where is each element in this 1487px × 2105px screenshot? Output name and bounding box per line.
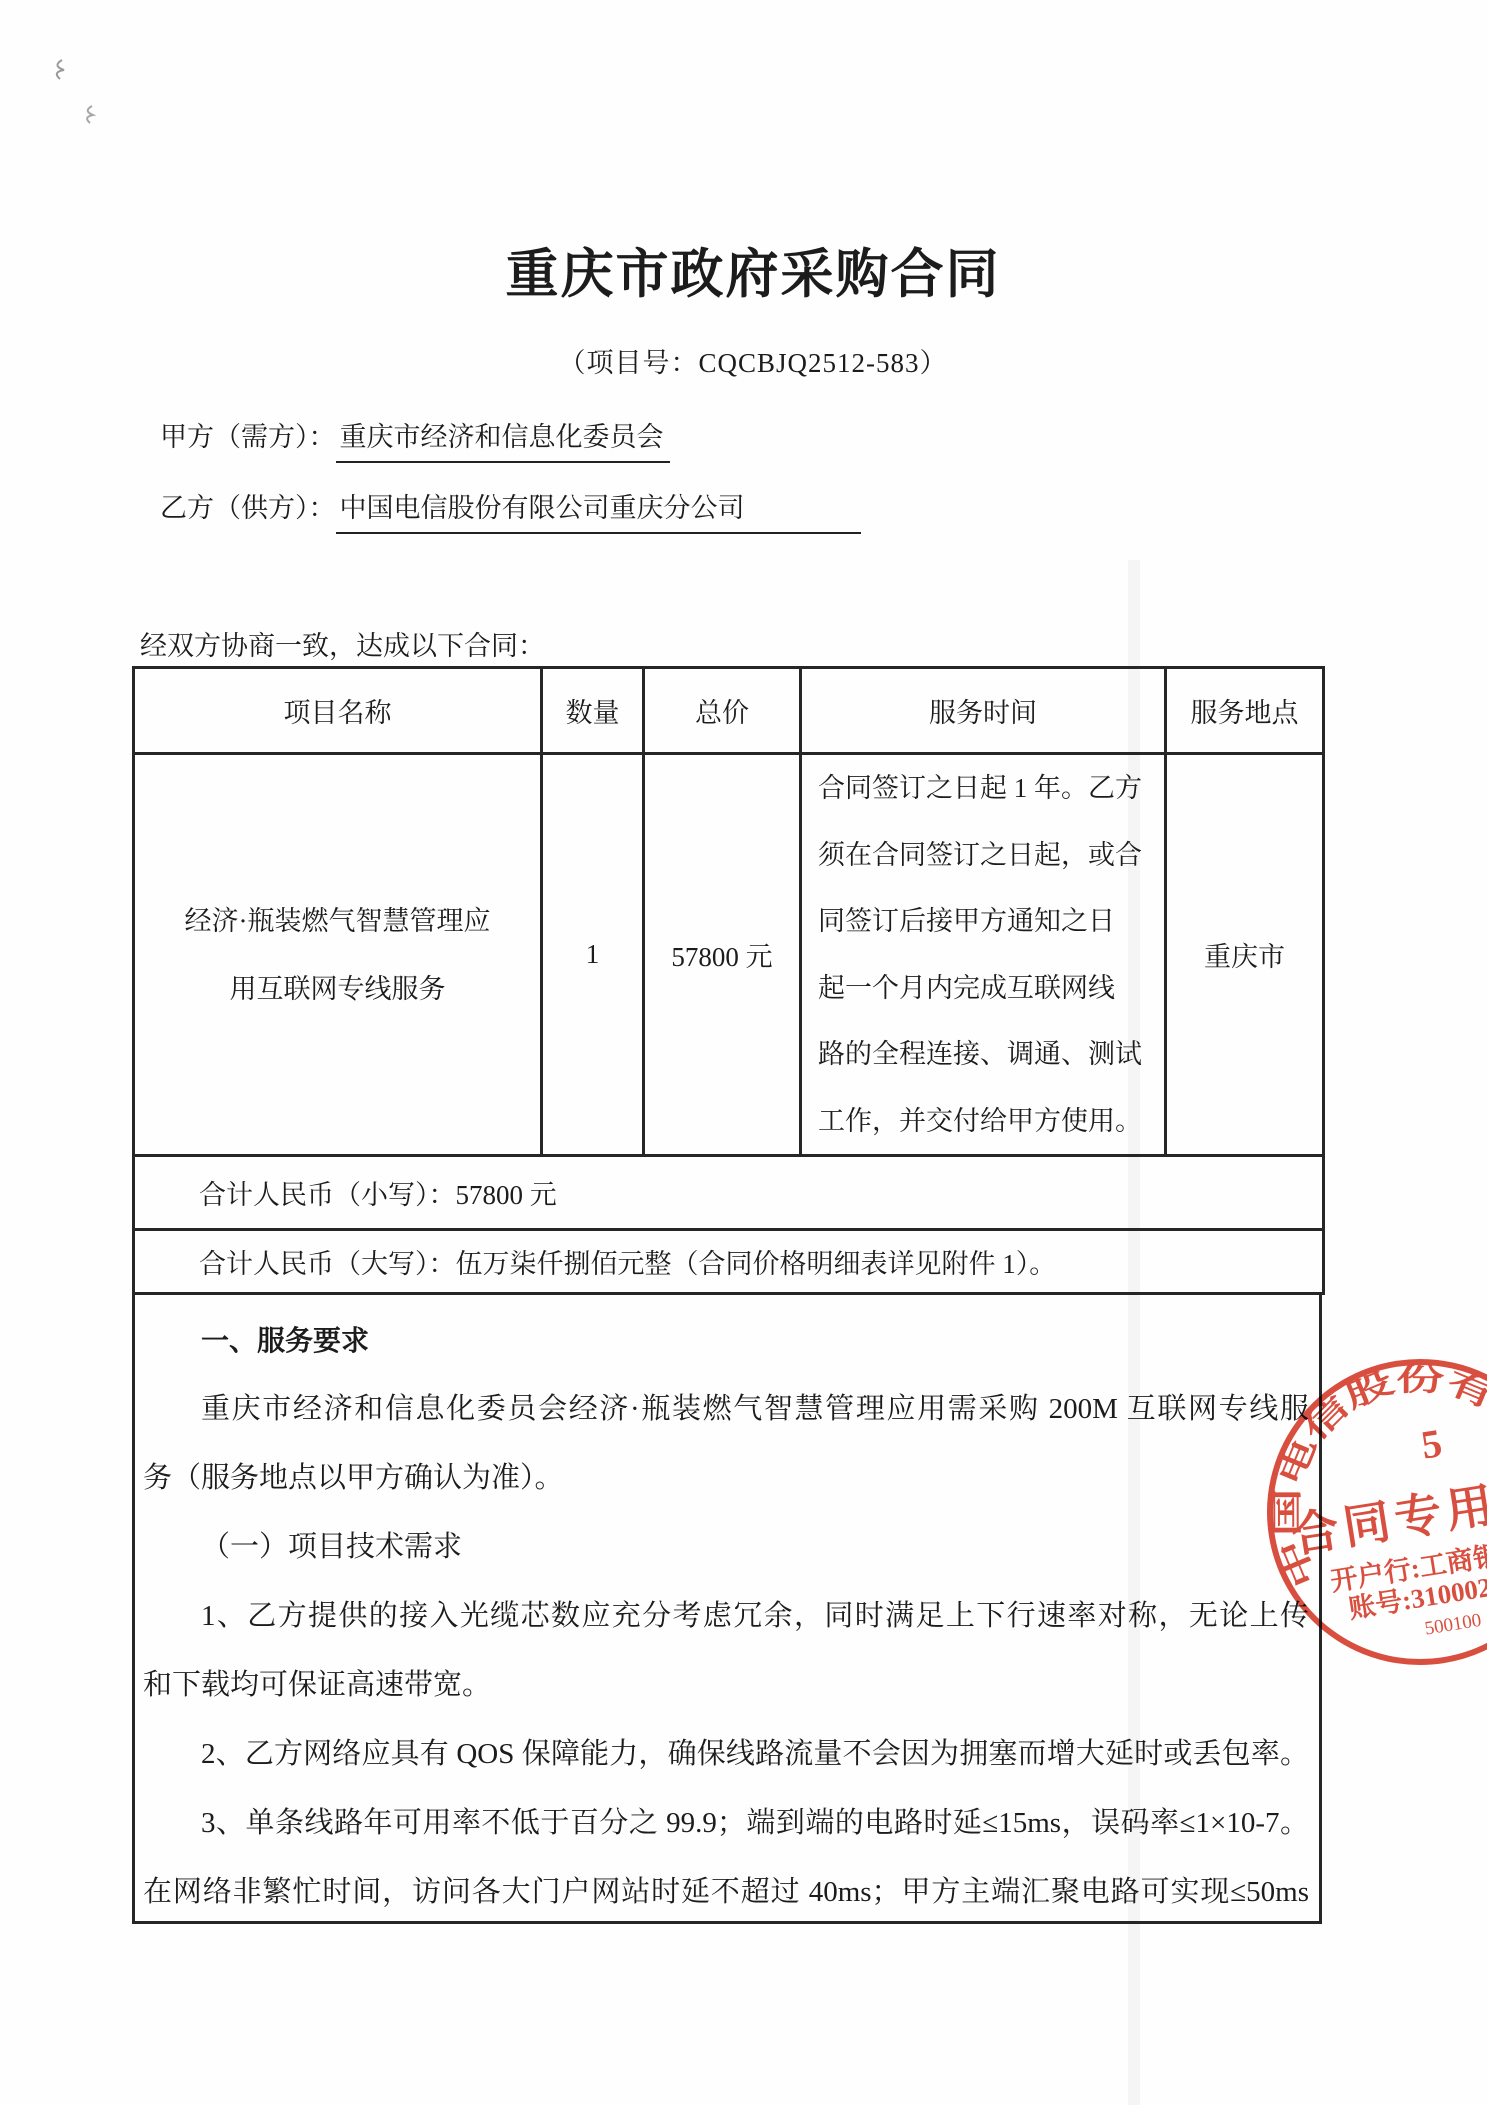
section-line: 1、乙方提供的接入光缆芯数应充分考虑冗余，同时满足上下行速率对称，无论上传 [143, 1582, 1309, 1651]
cell-item-name: 经济·瓶装燃气智慧管理应 用互联网专线服务 [134, 754, 542, 1156]
col-header-service-time: 服务时间 [801, 668, 1166, 754]
section-line: 重庆市经济和信息化委员会经济·瓶装燃气智慧管理应用需采购 200M 互联网专线服 [143, 1375, 1309, 1444]
col-header-quantity: 数量 [542, 668, 644, 754]
party-b-line: 乙方（供方）：中国电信股份有限公司重庆分公司 [160, 488, 861, 534]
section-line: 2、乙方网络应具有 QOS 保障能力，确保线路流量不会因为拥塞而增大延时或丢包率… [143, 1720, 1309, 1789]
service-requirements-section: 一、服务要求 重庆市经济和信息化委员会经济·瓶装燃气智慧管理应用需采购 200M… [132, 1292, 1322, 1924]
seal-graphic: 中国电信股份有限公司 5 合同专用章 开户行:工商银行 账号:31000245 … [1258, 1350, 1487, 1674]
party-b-value: 中国电信股份有限公司重庆分公司 [336, 488, 861, 534]
total-amount-numeric: 合计人民币（小写）：57800 元 [134, 1156, 1324, 1230]
col-header-service-location: 服务地点 [1166, 668, 1324, 754]
company-seal-stamp: 中国电信股份有限公司 5 合同专用章 开户行:工商银行 账号:31000245 … [1258, 1350, 1487, 1674]
party-a-value: 重庆市经济和信息化委员会 [336, 417, 670, 463]
section-heading: 一、服务要求 [143, 1306, 1309, 1375]
table-row: 经济·瓶装燃气智慧管理应 用互联网专线服务 1 57800 元 合同签订之日起 … [134, 754, 1324, 1156]
table-header-row: 项目名称 数量 总价 服务时间 服务地点 [134, 668, 1324, 754]
section-line: 在网络非繁忙时间，访问各大门户网站时延不超过 40ms；甲方主端汇聚电路可实现≤… [143, 1858, 1309, 1927]
cell-total-price: 57800 元 [644, 754, 801, 1156]
total-amount-words: 合计人民币（大写）：伍万柒仟捌佰元整（合同价格明细表详见附件 1）。 [134, 1230, 1324, 1294]
party-b-label: 乙方（供方）： [160, 493, 336, 523]
scanned-contract-page: 重庆市政府采购合同 （项目号：CQCBJQ2512-583） 甲方（需方）：重庆… [0, 0, 1487, 2105]
party-a-line: 甲方（需方）：重庆市经济和信息化委员会 [160, 417, 670, 463]
seal-account-tail: 500100 [1423, 1610, 1483, 1640]
col-header-total-price: 总价 [644, 668, 801, 754]
section-line: 务（服务地点以甲方确认为准）。 [143, 1444, 1309, 1513]
cell-service-location: 重庆市 [1166, 754, 1324, 1156]
col-header-item-name: 项目名称 [134, 668, 542, 754]
contract-summary-table: 项目名称 数量 总价 服务时间 服务地点 经济·瓶装燃气智慧管理应 用互联网专线… [132, 666, 1325, 1295]
seal-digit: 5 [1418, 1420, 1445, 1468]
cell-service-time: 合同签订之日起 1 年。乙方 须在合同签订之日起，或合 同签订后接甲方通知之日 … [801, 754, 1166, 1156]
party-a-label: 甲方（需方）： [160, 422, 336, 452]
project-number-line: （项目号：CQCBJQ2512-583） [133, 341, 1373, 380]
section-line: 3、单条线路年可用率不低于百分之 99.9；端到端的电路时延≤15ms，误码率≤… [143, 1789, 1309, 1858]
cell-quantity: 1 [542, 754, 644, 1156]
document-title: 重庆市政府采购合同 [133, 246, 1373, 304]
agreement-intro-line: 经双方协商一致，达成以下合同： [140, 624, 545, 663]
subsection-heading: （一）项目技术需求 [143, 1513, 1309, 1582]
total-uppercase-row: 合计人民币（大写）：伍万柒仟捌佰元整（合同价格明细表详见附件 1）。 [134, 1230, 1324, 1294]
scan-artifact-marks [44, 50, 114, 130]
section-line: 和下载均可保证高速带宽。 [143, 1651, 1309, 1720]
total-lowercase-row: 合计人民币（小写）：57800 元 [134, 1156, 1324, 1230]
